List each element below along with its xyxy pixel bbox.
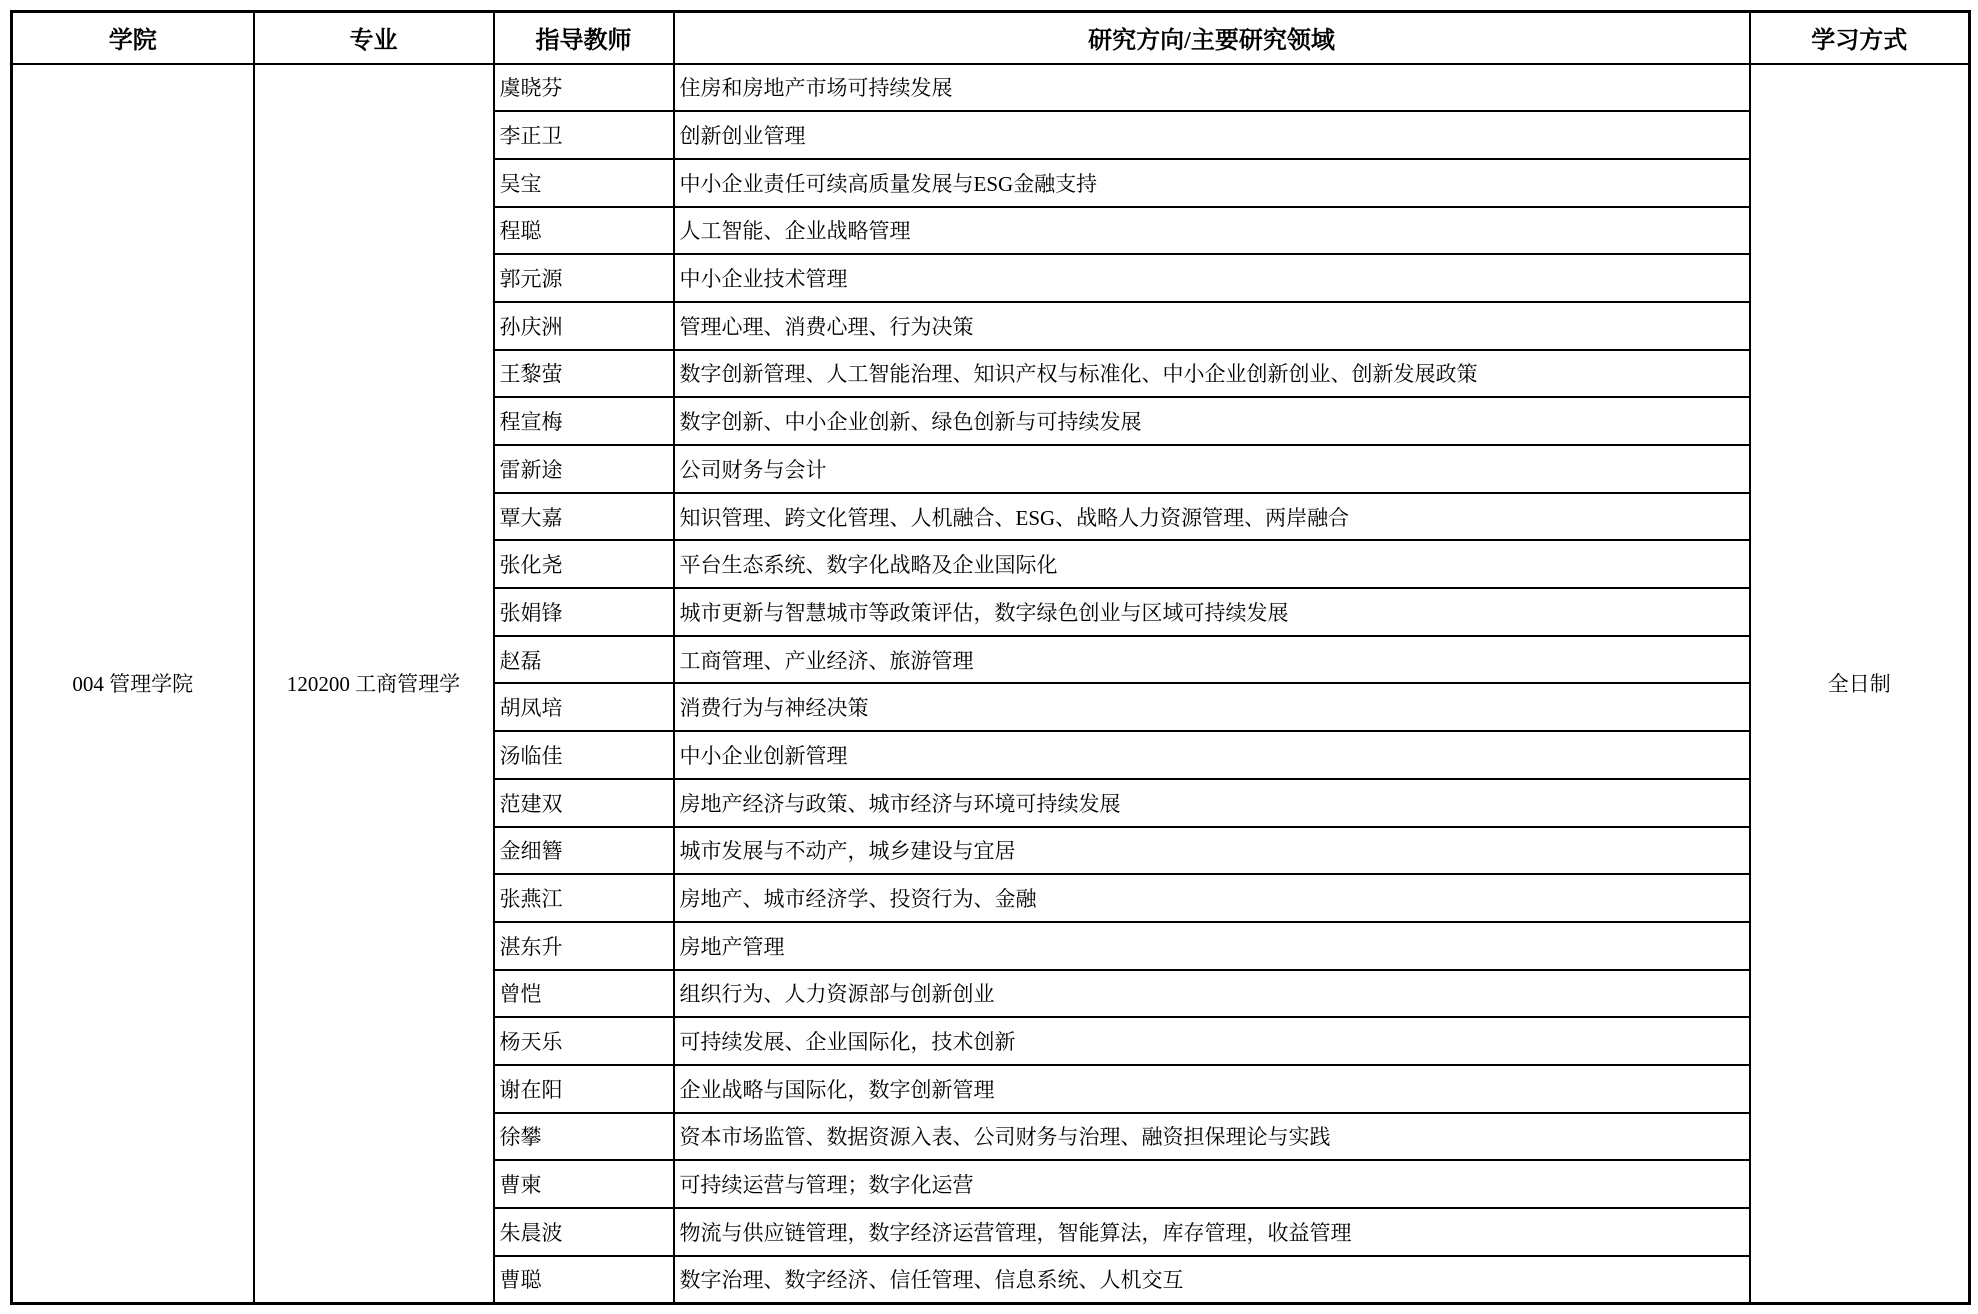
research-cell: 可持续运营与管理；数字化运营 — [674, 1160, 1750, 1208]
research-cell: 可持续发展、企业国际化，技术创新 — [674, 1017, 1750, 1065]
teacher-cell: 张燕江 — [494, 874, 674, 922]
research-cell: 房地产、城市经济学、投资行为、金融 — [674, 874, 1750, 922]
teacher-cell: 郭元源 — [494, 254, 674, 302]
table-header: 学院 专业 指导教师 研究方向/主要研究领域 学习方式 — [12, 12, 1970, 64]
teacher-cell: 赵磊 — [494, 636, 674, 684]
teacher-cell: 谢在阳 — [494, 1065, 674, 1113]
table-row: 004 管理学院120200 工商管理学虞晓芬住房和房地产市场可持续发展全日制 — [12, 64, 1970, 112]
teacher-cell: 程聪 — [494, 207, 674, 255]
research-cell: 数字创新、中小企业创新、绿色创新与可持续发展 — [674, 397, 1750, 445]
research-cell: 物流与供应链管理，数字经济运营管理，智能算法，库存管理，收益管理 — [674, 1208, 1750, 1256]
research-cell: 消费行为与神经决策 — [674, 683, 1750, 731]
header-row: 学院 专业 指导教师 研究方向/主要研究领域 学习方式 — [12, 12, 1970, 64]
teacher-cell: 覃大嘉 — [494, 493, 674, 541]
college-cell: 004 管理学院 — [12, 64, 254, 1304]
research-cell: 组织行为、人力资源部与创新创业 — [674, 970, 1750, 1018]
teacher-cell: 曾恺 — [494, 970, 674, 1018]
teacher-cell: 李正卫 — [494, 111, 674, 159]
research-cell: 数字治理、数字经济、信任管理、信息系统、人机交互 — [674, 1256, 1750, 1304]
research-cell: 数字创新管理、人工智能治理、知识产权与标准化、中小企业创新创业、创新发展政策 — [674, 350, 1750, 398]
research-cell: 住房和房地产市场可持续发展 — [674, 64, 1750, 112]
header-major: 专业 — [254, 12, 494, 64]
document-page: 学院 专业 指导教师 研究方向/主要研究领域 学习方式 004 管理学院1202… — [0, 0, 1978, 1314]
research-cell: 管理心理、消费心理、行为决策 — [674, 302, 1750, 350]
teacher-cell: 金细簪 — [494, 827, 674, 875]
header-teacher: 指导教师 — [494, 12, 674, 64]
teacher-cell: 雷新途 — [494, 445, 674, 493]
research-cell: 中小企业责任可续高质量发展与ESG金融支持 — [674, 159, 1750, 207]
teacher-cell: 曹聪 — [494, 1256, 674, 1304]
research-cell: 工商管理、产业经济、旅游管理 — [674, 636, 1750, 684]
teacher-cell: 张化尧 — [494, 540, 674, 588]
research-cell: 创新创业管理 — [674, 111, 1750, 159]
table-body: 004 管理学院120200 工商管理学虞晓芬住房和房地产市场可持续发展全日制李… — [12, 64, 1970, 1304]
teacher-cell: 杨天乐 — [494, 1017, 674, 1065]
study-mode-cell: 全日制 — [1750, 64, 1970, 1304]
research-cell: 公司财务与会计 — [674, 445, 1750, 493]
supervisor-table: 学院 专业 指导教师 研究方向/主要研究领域 学习方式 004 管理学院1202… — [10, 10, 1971, 1305]
research-cell: 中小企业创新管理 — [674, 731, 1750, 779]
teacher-cell: 范建双 — [494, 779, 674, 827]
teacher-cell: 朱晨波 — [494, 1208, 674, 1256]
research-cell: 企业战略与国际化，数字创新管理 — [674, 1065, 1750, 1113]
teacher-cell: 胡凤培 — [494, 683, 674, 731]
header-study-mode: 学习方式 — [1750, 12, 1970, 64]
research-cell: 城市更新与智慧城市等政策评估，数字绿色创业与区域可持续发展 — [674, 588, 1750, 636]
research-cell: 城市发展与不动产，城乡建设与宜居 — [674, 827, 1750, 875]
research-cell: 平台生态系统、数字化战略及企业国际化 — [674, 540, 1750, 588]
teacher-cell: 程宣梅 — [494, 397, 674, 445]
research-cell: 房地产经济与政策、城市经济与环境可持续发展 — [674, 779, 1750, 827]
research-cell: 房地产管理 — [674, 922, 1750, 970]
teacher-cell: 徐攀 — [494, 1113, 674, 1161]
teacher-cell: 虞晓芬 — [494, 64, 674, 112]
research-cell: 人工智能、企业战略管理 — [674, 207, 1750, 255]
major-cell: 120200 工商管理学 — [254, 64, 494, 1304]
research-cell: 知识管理、跨文化管理、人机融合、ESG、战略人力资源管理、两岸融合 — [674, 493, 1750, 541]
teacher-cell: 湛东升 — [494, 922, 674, 970]
teacher-cell: 曹柬 — [494, 1160, 674, 1208]
teacher-cell: 汤临佳 — [494, 731, 674, 779]
research-cell: 中小企业技术管理 — [674, 254, 1750, 302]
teacher-cell: 张娟锋 — [494, 588, 674, 636]
header-college: 学院 — [12, 12, 254, 64]
teacher-cell: 吴宝 — [494, 159, 674, 207]
research-cell: 资本市场监管、数据资源入表、公司财务与治理、融资担保理论与实践 — [674, 1113, 1750, 1161]
teacher-cell: 孙庆洲 — [494, 302, 674, 350]
header-research: 研究方向/主要研究领域 — [674, 12, 1750, 64]
teacher-cell: 王黎萤 — [494, 350, 674, 398]
